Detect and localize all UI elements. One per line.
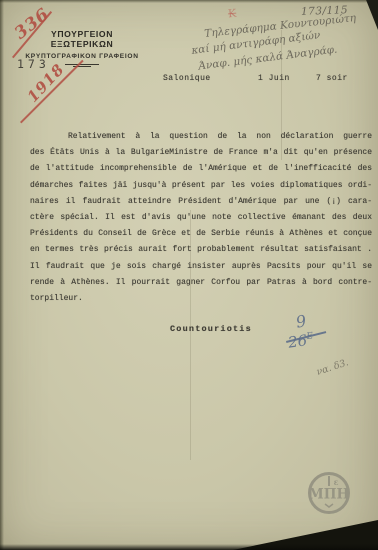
letterhead-rule — [65, 64, 99, 65]
body-line: en termes très précis aurait fort probab… — [30, 242, 372, 258]
body-line: Il faudrait que je sois chargé insister … — [30, 259, 372, 275]
dateline-date: 1 Juin — [258, 74, 290, 83]
body-line: de l'attitude incomprehensible de l'Amér… — [30, 161, 372, 177]
signature: Countouriotis — [170, 324, 252, 334]
body-line: rende à Athènes. Il pourrait gagner Corf… — [30, 275, 372, 291]
body-line: torpilleur. — [30, 291, 372, 307]
red-letter-mark: Κ — [227, 7, 236, 21]
ministry-title: ΥΠΟΥΡΓΕΙΟΝ ΕΞΩΤΕΡΙΚΩΝ — [24, 29, 140, 49]
archive-stamp-icon: ΜΠΗ ε — [306, 470, 352, 516]
emblem-top-letter: ε — [334, 477, 339, 487]
body-line: des Étāts Unis à la BulgarieMinistre de … — [30, 145, 372, 161]
telegram-body: Relativement à la question de la non déc… — [30, 129, 372, 307]
body-line: Relativement à la question de la non déc… — [30, 129, 372, 145]
scan-edge-left — [0, 0, 4, 550]
denominator-value: 26 — [287, 331, 308, 351]
scan-edge-top — [0, 0, 378, 3]
scan-edge-bottom — [0, 544, 378, 550]
dateline-place: Salonique — [163, 74, 211, 83]
blue-fraction-denominator: 26Ε — [287, 330, 315, 351]
emblem-monogram: ΜΠΗ — [309, 487, 350, 503]
dateline-time: 7 soir — [316, 74, 348, 83]
body-line: démarches faites jāī jusqu'à présent par… — [30, 178, 372, 194]
scanned-telegram-document: ΥΠΟΥΡΓΕΙΟΝ ΕΞΩΤΕΡΙΚΩΝ ΚΡΥΠΤΟΓΡΑΦΙΚΟΝ ΓΡΑ… — [0, 0, 378, 550]
body-line: Présidents du Conseil de Grèce et de Ser… — [30, 226, 372, 242]
body-line: naires il faudrait atteindre Président d… — [30, 194, 372, 210]
denominator-exponent: Ε — [306, 331, 314, 342]
body-line: ctère spécial. Il est d'avis qu'une note… — [30, 210, 372, 226]
